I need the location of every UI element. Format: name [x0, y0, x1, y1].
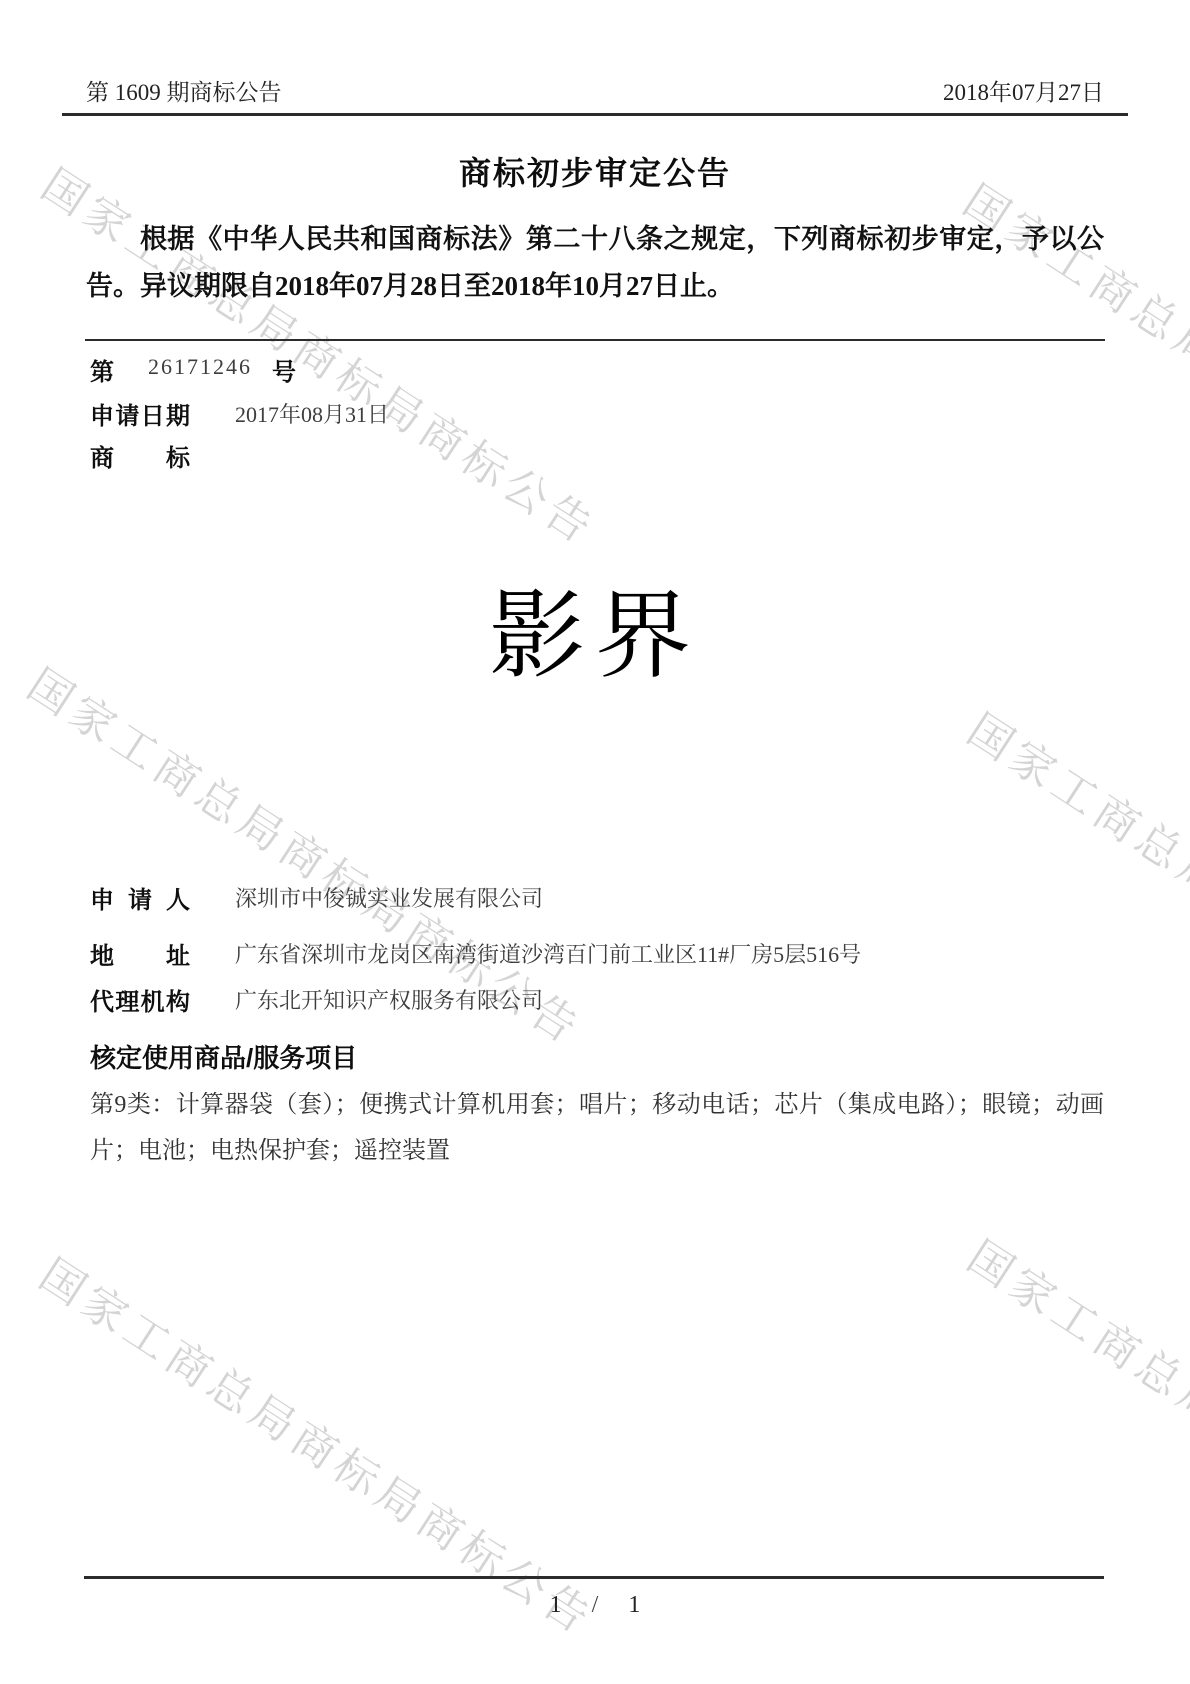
trademark-label-row: 商标 [90, 438, 190, 473]
goods-services-heading: 核定使用商品/服务项目 [90, 1038, 357, 1075]
footer-divider [84, 1576, 1104, 1579]
applicant-value: 深圳市中俊铖实业发展有限公司 [235, 882, 543, 913]
page-number: 1 / 1 [0, 1592, 1190, 1619]
application-date-label: 申请日期 [90, 396, 190, 431]
intro-paragraph: 根据《中华人民共和国商标法》第二十八条之规定，下列商标初步审定，予以公告。异议期… [86, 216, 1104, 310]
section-divider [85, 339, 1105, 341]
applicant-label: 申请人 [90, 880, 190, 915]
registration-number: 26171246 [148, 354, 252, 380]
trademark-label: 商标 [90, 438, 190, 473]
gazette-page: 国家工商总局商标局商标公告 国家工商总局商标局商标公告 国家工商总局商标局商标公… [0, 0, 1190, 1684]
header-divider [62, 113, 1128, 116]
address-label: 地址 [90, 936, 190, 971]
current-page: 1 [550, 1592, 562, 1619]
number-suffix-label: 号 [272, 352, 296, 387]
application-date-row: 申请日期 2017年08月31日 [90, 396, 190, 431]
content-layer: 第 1609 期商标公告 2018年07月27日 商标初步审定公告 根据《中华人… [0, 0, 1190, 1684]
agency-row: 代理机构 广东北开知识产权服务有限公司 [90, 982, 1104, 1017]
application-date-value: 2017年08月31日 [235, 398, 389, 429]
document-title: 商标初步审定公告 [85, 148, 1105, 194]
agency-label: 代理机构 [90, 982, 190, 1017]
total-pages: 1 [628, 1592, 640, 1619]
agency-value: 广东北开知识产权服务有限公司 [235, 984, 543, 1015]
page-separator: / [592, 1592, 599, 1619]
trademark-image: 影界 [85, 560, 1105, 697]
registration-number-row: 第 26171246 号 [0, 352, 1190, 382]
address-row: 地址 广东省深圳市龙岗区南湾街道沙湾百门前工业区11#厂房5层516号 [90, 936, 1104, 971]
goods-services-list: 第9类：计算器袋（套）；便携式计算机用套；唱片；移动电话；芯片（集成电路）；眼镜… [90, 1082, 1104, 1174]
gazette-issue-label: 第 1609 期商标公告 [86, 74, 282, 107]
gazette-date: 2018年07月27日 [943, 74, 1104, 107]
address-value: 广东省深圳市龙岗区南湾街道沙湾百门前工业区11#厂房5层516号 [235, 938, 861, 969]
number-prefix-label: 第 [90, 352, 114, 387]
applicant-row: 申请人 深圳市中俊铖实业发展有限公司 [90, 880, 1104, 915]
